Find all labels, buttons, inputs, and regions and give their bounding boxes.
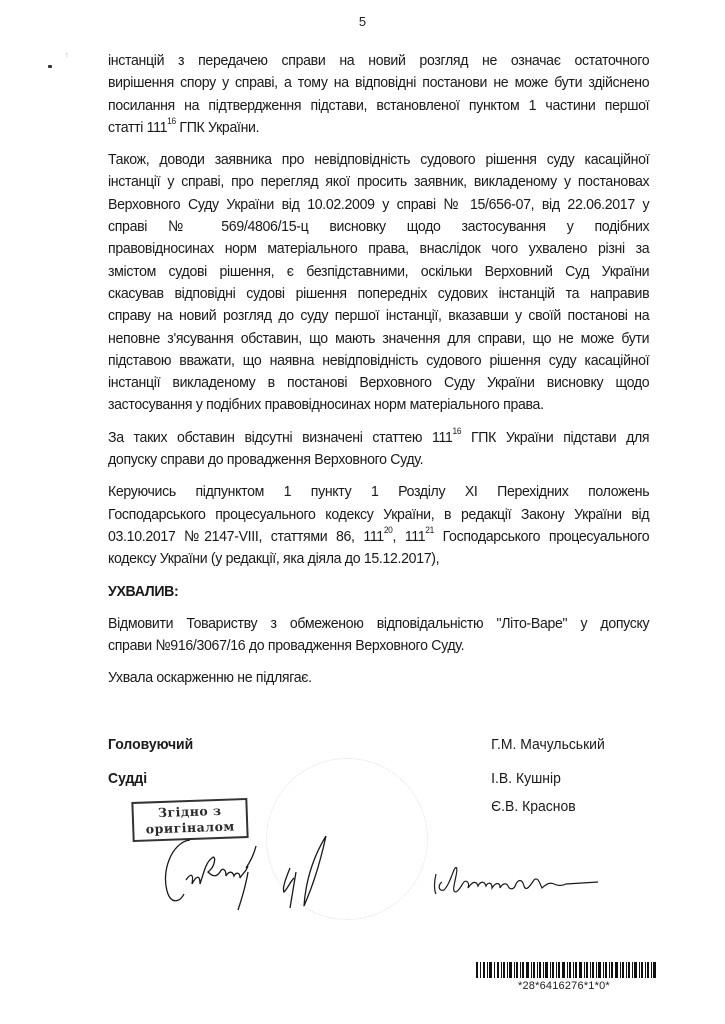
superscript: 21 [425, 525, 434, 535]
text-fragment: , 111 [393, 528, 426, 545]
text-line: Керуючись підпунктом 1 пункту 1 Розділу … [108, 481, 649, 503]
superscript: 16 [453, 426, 462, 436]
text-line: статті 11116 ГПК України. [108, 117, 649, 139]
barcode [476, 962, 656, 978]
presiding-name: Г.М. Мачульський [491, 736, 605, 753]
text-line: вирішення спору у справі, а тому на відп… [108, 72, 649, 94]
text-line: правовідносинах норм матеріального права… [108, 238, 649, 260]
text-line: Верховного Суду України від 10.02.2009 у… [108, 194, 649, 216]
text-line: змістом судові рішення, є безпідставними… [108, 261, 649, 283]
text-line: інстанції викладеному в постанові Верхов… [108, 372, 649, 394]
judge1-name: І.В. Кушнір [491, 770, 561, 787]
text-line: За таких обставин відсутні визначені ста… [108, 427, 649, 449]
superscript: 20 [384, 525, 393, 535]
text-fragment: 03.10.2017 №2147-VIII, статтями 86, 111 [108, 528, 384, 545]
scan-mark-small: ꜝ [66, 55, 68, 62]
text-line: інстанції у справі, про перегляд якої пр… [108, 171, 649, 193]
judges-label: Судді [108, 770, 147, 787]
text-line: справу на новий розгляд до суду першої і… [108, 305, 649, 327]
text-line: скасував відповідні судові рішення попер… [108, 283, 649, 305]
presiding-row: Головуючий Г.М. Мачульський [108, 736, 647, 758]
paragraph-2: Також, доводи заявника про невідповідніс… [108, 149, 649, 417]
text-line: допуску справи до провадження Верховного… [108, 449, 649, 471]
text-line: Ухвала оскарженню не підлягає. [108, 667, 649, 689]
text-line: посилання на підтвердження підстави, вст… [108, 95, 649, 117]
text-fragment: Господарського процесуального [434, 528, 649, 545]
superscript: 16 [167, 116, 176, 126]
handwritten-signature-clerk [150, 832, 410, 912]
text-line: справі № 569/4806/15-ц висновку щодо зас… [108, 216, 649, 238]
text-line: інстанцій з передачею справи на новий ро… [108, 50, 649, 72]
text-line: кодексу України (у редакції, яка діяла д… [108, 548, 649, 570]
decision-heading: УХВАЛИВ: [108, 581, 649, 603]
paragraph-1: інстанцій з передачею справи на новий ро… [108, 50, 649, 139]
handwritten-signature-judge [430, 856, 610, 900]
judge2-name: Є.В. Краснов [491, 798, 575, 815]
text-line: неповне з'ясування обставин, що мають зн… [108, 328, 649, 350]
scan-mark [48, 65, 52, 68]
decision-text: Відмовити Товариству з обмеженою відпові… [108, 613, 649, 658]
text-line: справи №916/3067/16 до провадження Верхо… [108, 635, 649, 657]
barcode-number: *28*6416276*1*0* [518, 980, 610, 992]
text-fragment: За таких обставин відсутні визначені ста… [108, 429, 453, 446]
paragraph-3: За таких обставин відсутні визначені ста… [108, 427, 649, 472]
text-fragment: ГПК України підстави для [461, 429, 649, 446]
paragraph-4: Керуючись підпунктом 1 пункту 1 Розділу … [108, 481, 649, 570]
text-line: застосування у подібних правовідносинах … [108, 394, 649, 416]
text-line: Господарського процесуального кодексу Ук… [108, 504, 649, 526]
presiding-label: Головуючий [108, 736, 193, 753]
appeal-note: Ухвала оскарженню не підлягає. [108, 667, 649, 689]
page-number: 5 [0, 14, 725, 29]
text-fragment: ГПК України. [176, 119, 259, 136]
text-line: підставою вважати, що наявна невідповідн… [108, 350, 649, 372]
text-line: Також, доводи заявника про невідповідніс… [108, 149, 649, 171]
text-fragment: статті 111 [108, 119, 167, 136]
text-line: 03.10.2017 №2147-VIII, статтями 86, 1112… [108, 526, 649, 548]
document-body: інстанцій з передачею справи на новий ро… [108, 50, 649, 700]
text-line: Відмовити Товариству з обмеженою відпові… [108, 613, 649, 635]
